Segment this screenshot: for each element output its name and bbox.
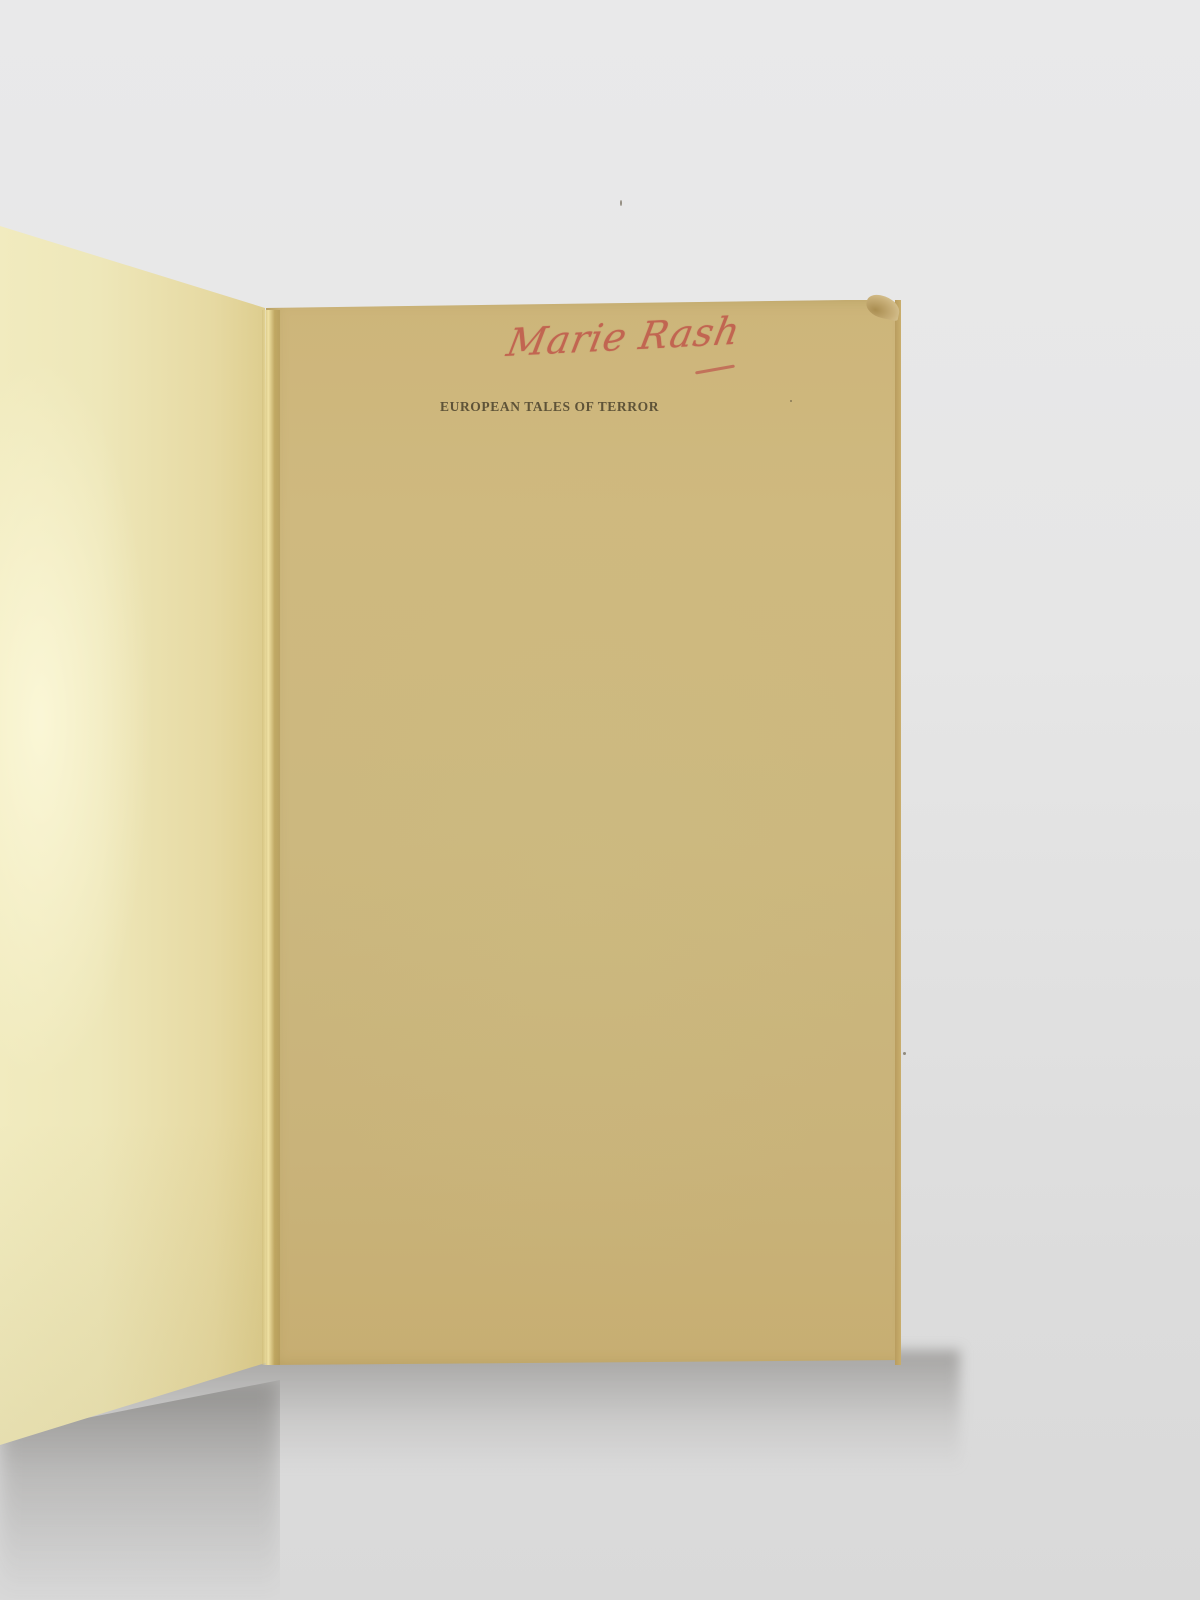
- page-speck: [790, 400, 792, 402]
- surface-speck: [620, 200, 622, 206]
- handwritten-signature: Marie Rash: [498, 309, 741, 392]
- left-page-shading: [0, 0, 285, 1600]
- book-gutter: [262, 310, 280, 1365]
- surface-speck: [903, 1052, 906, 1055]
- right-page: [266, 300, 900, 1365]
- half-title-text: EUROPEAN TALES OF TERROR: [440, 399, 720, 415]
- right-page-fore-edge: [895, 300, 901, 1365]
- photo-scene: Marie Rash EUROPEAN TALES OF TERROR: [0, 0, 1200, 1600]
